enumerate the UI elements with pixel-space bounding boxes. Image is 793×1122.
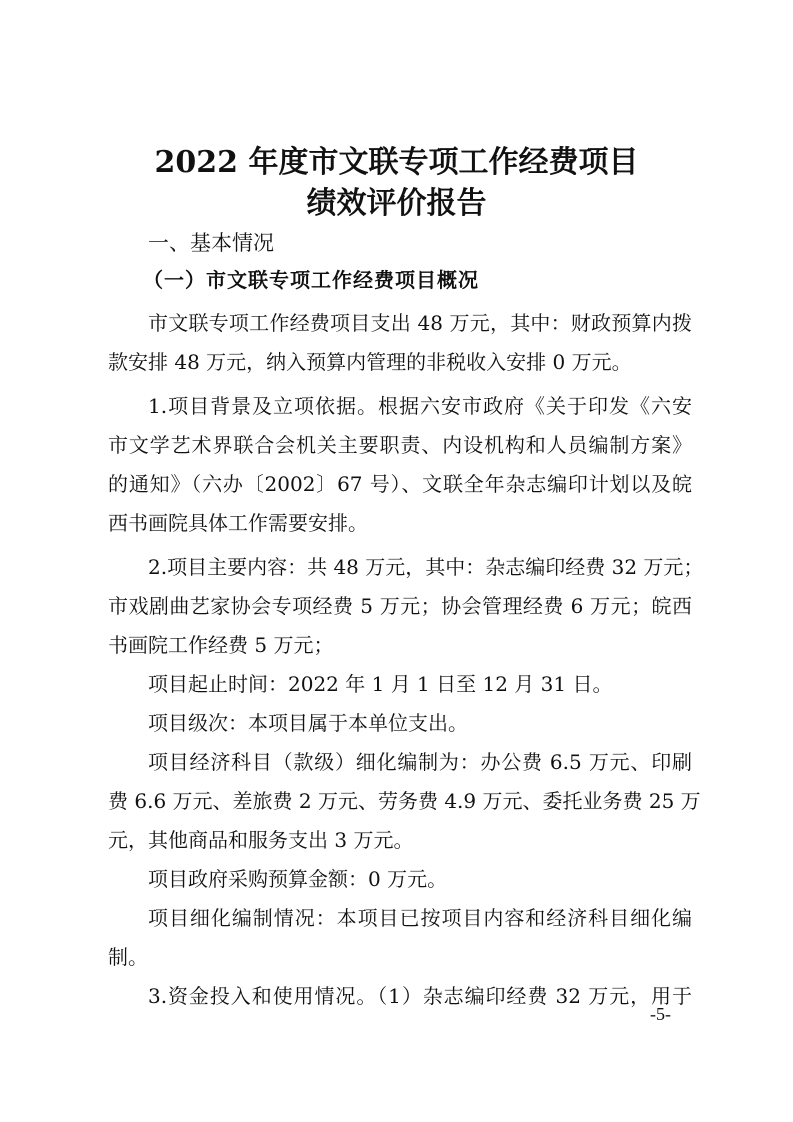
paragraph-line: 项目经济科目（款级）细化编制为：办公费 6.5 万元、印刷 — [148, 747, 692, 777]
paragraph-line: 元，其他商品和服务支出 3 万元。 — [108, 825, 692, 855]
paragraph-line: 制。 — [108, 942, 692, 972]
paragraph-line: 1.项目背景及立项依据。根据六安市政府《关于印发《六安 — [148, 391, 692, 421]
paragraph-line: 西书画院具体工作需要安排。 — [108, 508, 692, 538]
subsection-heading-project-overview: （一）市文联专项工作经费项目概况 — [143, 265, 479, 295]
paragraph-line: 项目级次：本项目属于本单位支出。 — [148, 708, 692, 738]
report-title-line-1: 2022 年度市文联专项工作经费项目 — [0, 143, 793, 183]
paragraph-line: 书画院工作经费 5 万元； — [108, 630, 692, 660]
paragraph-line: 款安排 48 万元，纳入预算内管理的非税收入安排 0 万元。 — [108, 347, 692, 377]
paragraph-line: 费 6.6 万元、差旅费 2 万元、劳务费 4.9 万元、委托业务费 25 万 — [108, 786, 692, 816]
paragraph-line: 项目政府采购预算金额：0 万元。 — [148, 864, 692, 894]
paragraph-line: 市文学艺术界联合会机关主要职责、内设机构和人员编制方案》 — [108, 430, 692, 460]
paragraph-line: 的通知》（六办〔2002〕67 号）、文联全年杂志编印计划以及皖 — [108, 469, 692, 499]
paragraph-line: 市戏剧曲艺家协会专项经费 5 万元；协会管理经费 6 万元；皖西 — [108, 591, 692, 621]
report-title-line-2: 绩效评价报告 — [0, 184, 793, 224]
paragraph-line: 市文联专项工作经费项目支出 48 万元，其中：财政预算内拨 — [148, 308, 692, 338]
paragraph-line: 2.项目主要内容：共 48 万元，其中：杂志编印经费 32 万元； — [148, 552, 692, 582]
paragraph-line: 项目细化编制情况：本项目已按项目内容和经济科目细化编 — [148, 903, 692, 933]
section-heading-basic-info: 一、基本情况 — [148, 228, 274, 258]
document-page: 2022 年度市文联专项工作经费项目 绩效评价报告 一、基本情况 （一）市文联专… — [0, 0, 793, 1122]
paragraph-line: 3.资金投入和使用情况。（1）杂志编印经费 32 万元，用于 — [148, 981, 692, 1011]
page-number: -5- — [650, 1002, 671, 1026]
paragraph-line: 项目起止时间：2022 年 1 月 1 日至 12 月 31 日。 — [148, 669, 692, 699]
